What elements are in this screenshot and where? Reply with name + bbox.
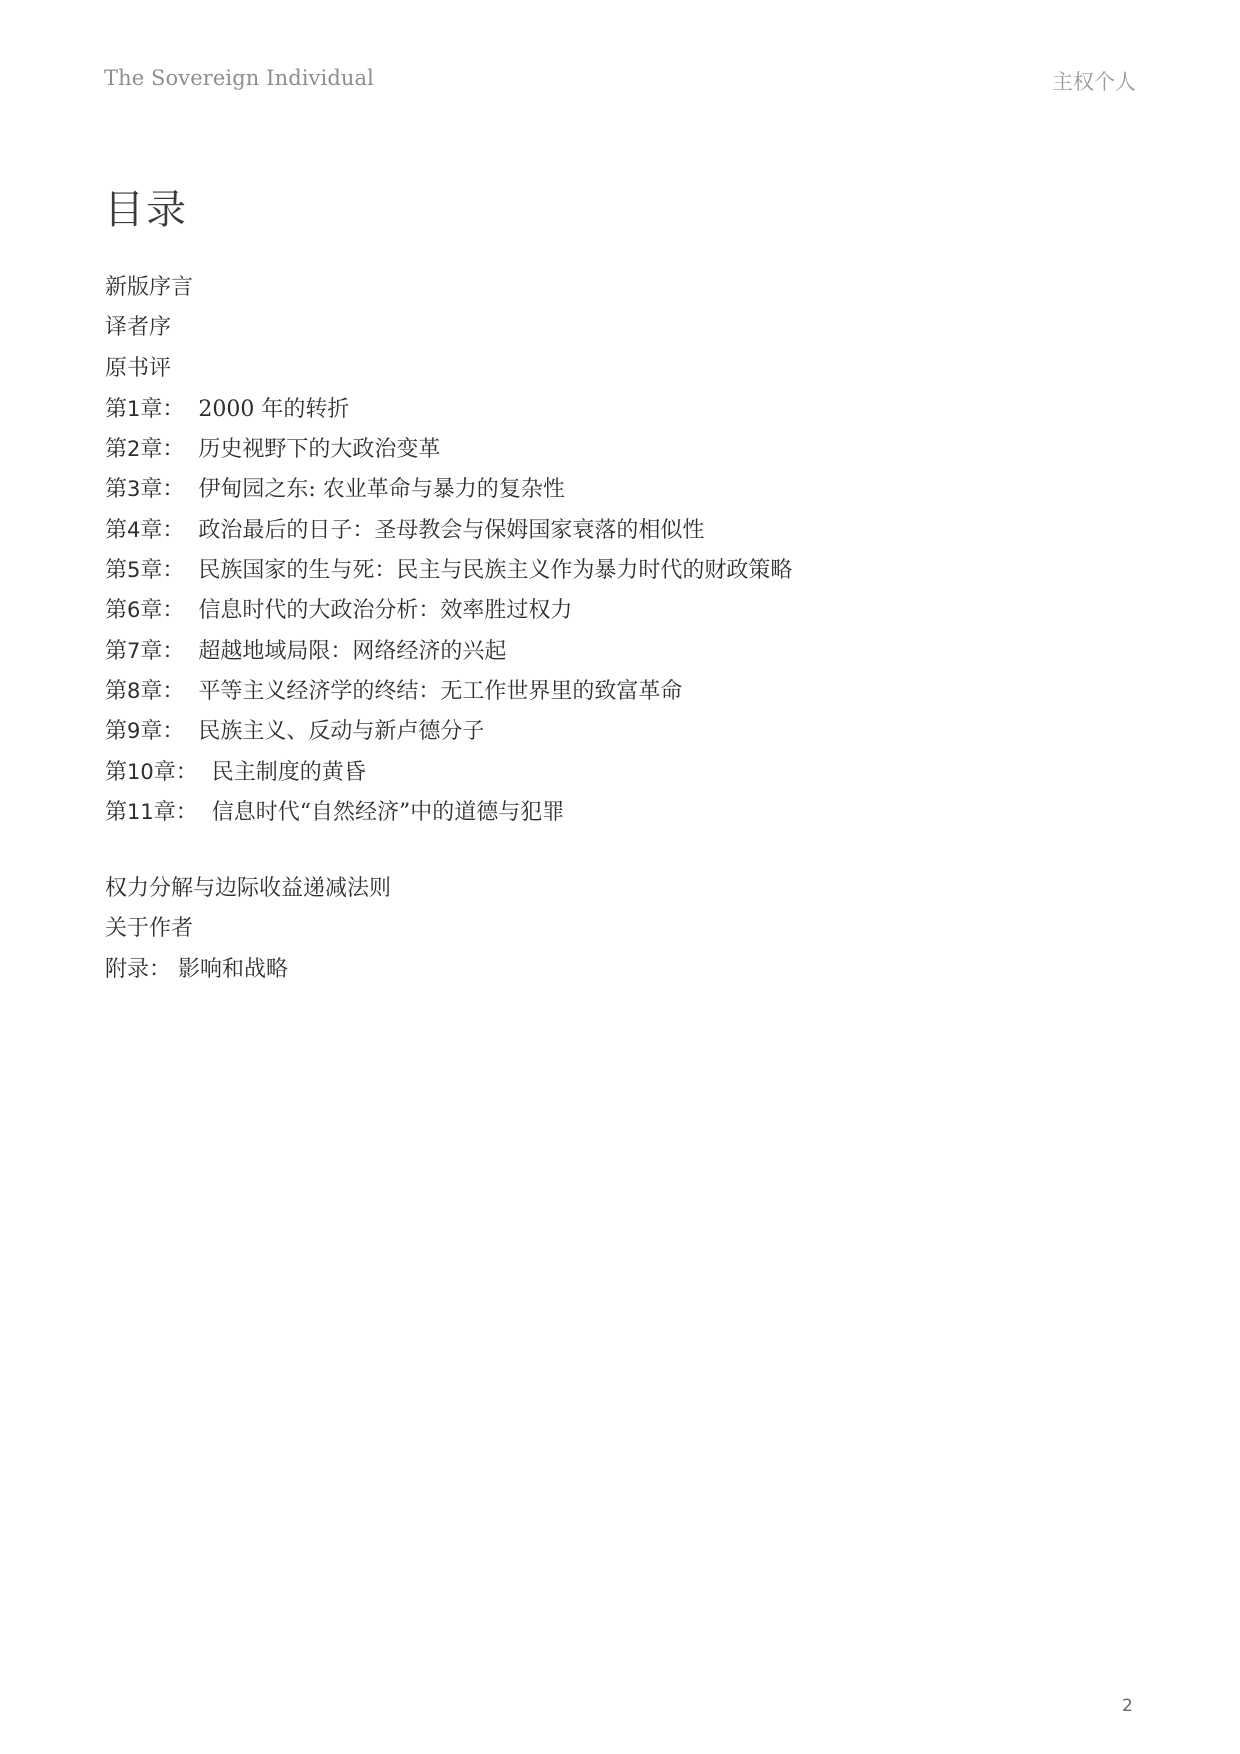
toc-entry-reviews[interactable]: 原书评 bbox=[105, 349, 792, 389]
chapter-title: 政治最后的日子：圣母教会与保姆国家衰落的相似性 bbox=[198, 518, 704, 543]
chapter-prefix: 第 bbox=[105, 679, 127, 704]
chapter-title: 民主制度的黄昏 bbox=[212, 760, 366, 785]
chapter-title: 民族国家的生与死：民主与民族主义作为暴力时代的财政策略 bbox=[198, 558, 792, 583]
chapter-suffix: 章： bbox=[154, 760, 198, 785]
chapter-number: 11 bbox=[127, 800, 154, 824]
running-header-book-title: The Sovereign Individual bbox=[104, 66, 374, 90]
chapter-title: 伊甸园之东: 农业革命与暴力的复杂性 bbox=[198, 477, 564, 502]
toc-entry-chapter-6[interactable]: 第6章：信息时代的大政治分析：效率胜过权力 bbox=[105, 590, 792, 630]
chapter-number: 1 bbox=[127, 397, 140, 421]
chapter-number: 3 bbox=[127, 477, 140, 501]
toc-entry-chapter-2[interactable]: 第2章：历史视野下的大政治变革 bbox=[105, 429, 792, 469]
toc-entry-preface[interactable]: 新版序言 bbox=[105, 268, 792, 308]
chapter-title: 历史视野下的大政治变革 bbox=[198, 437, 440, 462]
chapter-prefix: 第 bbox=[105, 397, 127, 422]
chapter-suffix: 章： bbox=[140, 598, 184, 623]
page-title: 目录 bbox=[104, 178, 188, 235]
chapter-prefix: 第 bbox=[105, 558, 127, 583]
chapter-number: 8 bbox=[127, 679, 140, 703]
toc-entry-chapter-8[interactable]: 第8章：平等主义经济学的终结：无工作世界里的致富革命 bbox=[105, 671, 792, 711]
page-number: 2 bbox=[1122, 1696, 1133, 1716]
chapter-number: 6 bbox=[127, 598, 140, 622]
chapter-prefix: 第 bbox=[105, 719, 127, 744]
chapter-prefix: 第 bbox=[105, 518, 127, 543]
toc-entry-chapter-11[interactable]: 第11章：信息时代“自然经济”中的道德与犯罪 bbox=[105, 792, 792, 832]
toc-entry-chapter-10[interactable]: 第10章：民主制度的黄昏 bbox=[105, 752, 792, 792]
chapter-title: 2000 年的转折 bbox=[198, 397, 349, 422]
chapter-prefix: 第 bbox=[105, 760, 127, 785]
chapter-suffix: 章： bbox=[140, 437, 184, 462]
chapter-suffix: 章： bbox=[140, 518, 184, 543]
running-header-chinese-title: 主权个人 bbox=[1052, 66, 1136, 96]
chapter-title: 信息时代“自然经济”中的道德与犯罪 bbox=[212, 800, 565, 825]
chapter-prefix: 第 bbox=[105, 639, 127, 664]
chapter-title: 超越地域局限：网络经济的兴起 bbox=[198, 639, 506, 664]
chapter-prefix: 第 bbox=[105, 598, 127, 623]
toc-entry-appendix[interactable]: 附录： 影响和战略 bbox=[105, 950, 792, 990]
table-of-contents: 新版序言 译者序 原书评 第1章：2000 年的转折 第2章：历史视野下的大政治… bbox=[105, 268, 792, 990]
chapter-number: 5 bbox=[127, 558, 140, 582]
chapter-number: 4 bbox=[127, 518, 140, 542]
chapter-prefix: 第 bbox=[105, 477, 127, 502]
toc-entry-chapter-4[interactable]: 第4章：政治最后的日子：圣母教会与保姆国家衰落的相似性 bbox=[105, 510, 792, 550]
toc-entry-chapter-9[interactable]: 第9章：民族主义、反动与新卢德分子 bbox=[105, 711, 792, 751]
chapter-suffix: 章： bbox=[140, 477, 184, 502]
chapter-number: 10 bbox=[127, 760, 154, 784]
chapter-prefix: 第 bbox=[105, 437, 127, 462]
toc-entry-chapter-3[interactable]: 第3章：伊甸园之东: 农业革命与暴力的复杂性 bbox=[105, 469, 792, 509]
chapter-title: 平等主义经济学的终结：无工作世界里的致富革命 bbox=[198, 679, 682, 704]
chapter-number: 2 bbox=[127, 437, 140, 461]
chapter-number: 9 bbox=[127, 719, 140, 743]
toc-entry-chapter-5[interactable]: 第5章：民族国家的生与死：民主与民族主义作为暴力时代的财政策略 bbox=[105, 550, 792, 590]
toc-entry-about-authors[interactable]: 关于作者 bbox=[105, 909, 792, 949]
toc-entry-chapter-7[interactable]: 第7章：超越地域局限：网络经济的兴起 bbox=[105, 631, 792, 671]
chapter-suffix: 章： bbox=[140, 639, 184, 664]
chapter-number: 7 bbox=[127, 639, 140, 663]
chapter-suffix: 章： bbox=[140, 719, 184, 744]
toc-entry-power-decomposition[interactable]: 权力分解与边际收益递减法则 bbox=[105, 869, 792, 909]
chapter-title: 民族主义、反动与新卢德分子 bbox=[198, 719, 484, 744]
toc-entry-translator-preface[interactable]: 译者序 bbox=[105, 308, 792, 348]
chapter-suffix: 章： bbox=[140, 679, 184, 704]
chapter-prefix: 第 bbox=[105, 800, 127, 825]
chapter-suffix: 章： bbox=[140, 397, 184, 422]
chapter-title: 信息时代的大政治分析：效率胜过权力 bbox=[198, 598, 572, 623]
toc-entry-chapter-1[interactable]: 第1章：2000 年的转折 bbox=[105, 389, 792, 429]
chapter-suffix: 章： bbox=[140, 558, 184, 583]
chapter-suffix: 章： bbox=[154, 800, 198, 825]
